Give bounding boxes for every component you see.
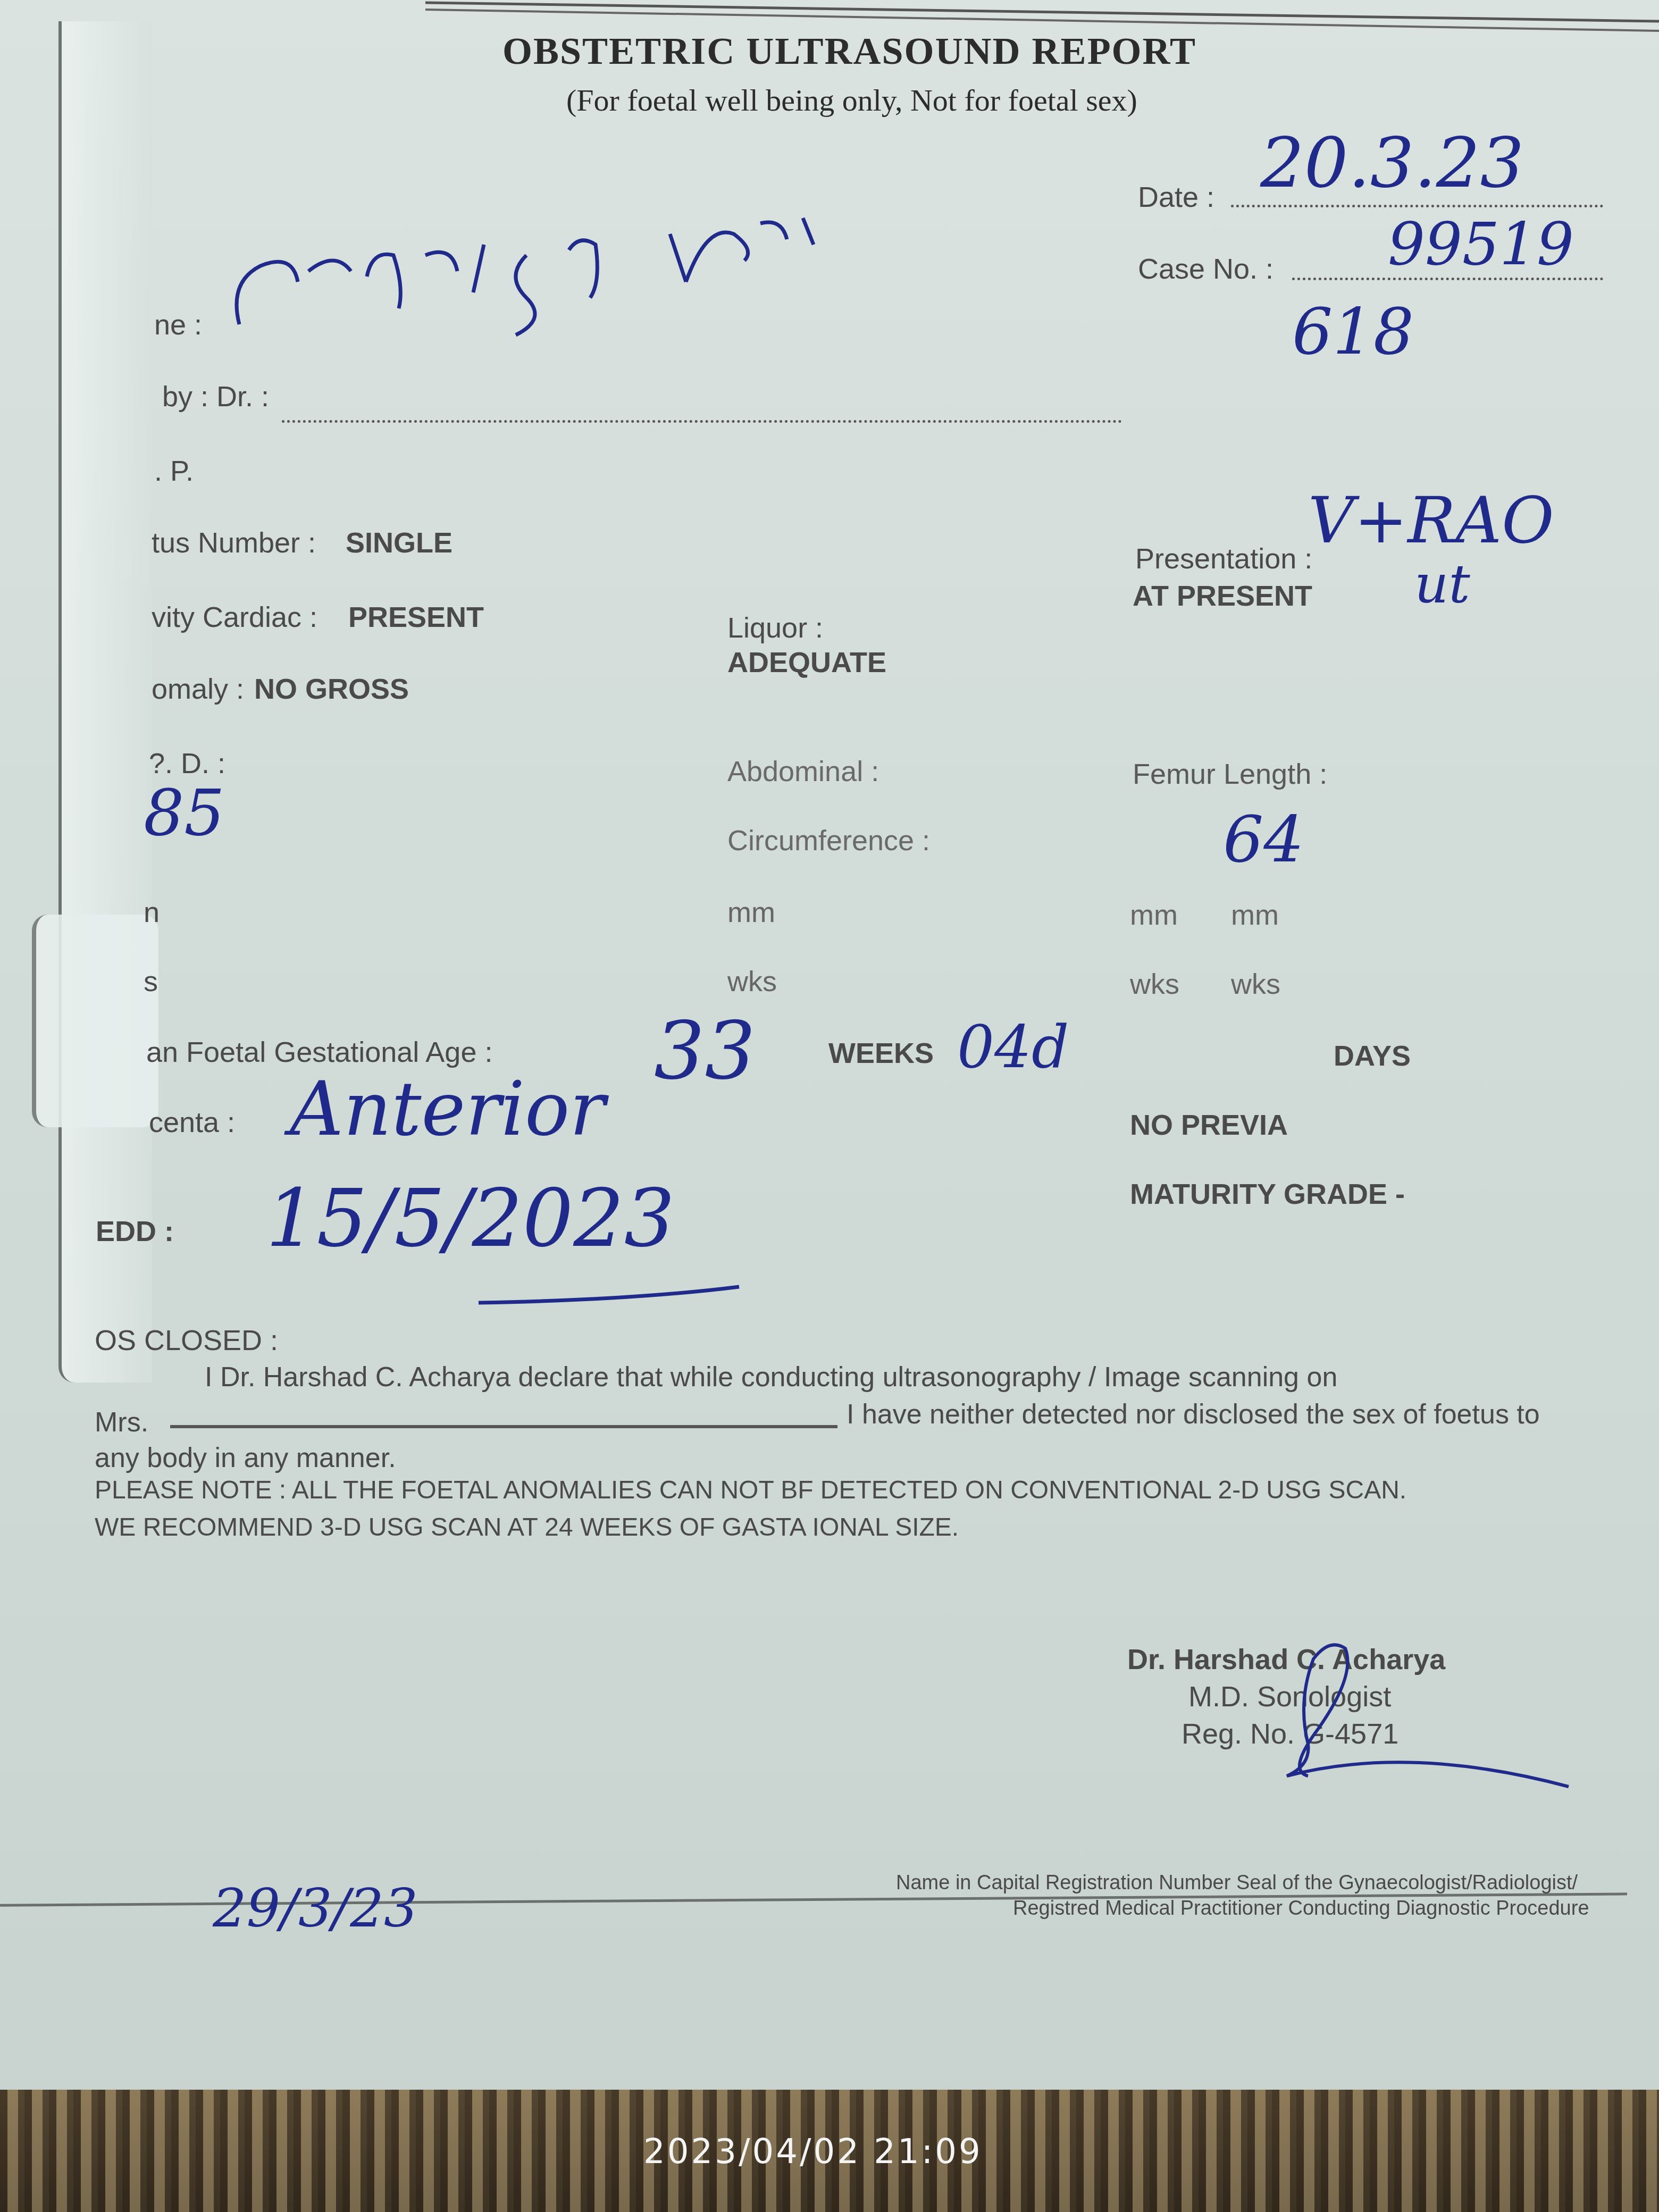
presentation-value-2: ut [1414, 553, 1470, 615]
cardiac-activity-label: vity Cardiac : [152, 601, 317, 634]
gestational-weeks-value: 33 [654, 1005, 756, 1097]
declaration-line-2: I have neither detected nor disclosed th… [847, 1398, 1540, 1430]
bpd-value: 85 [144, 776, 225, 850]
presentation-value: V+RAO [1308, 484, 1554, 558]
foetus-number-value: SINGLE [346, 526, 453, 559]
previa-status: NO PREVIA [1130, 1109, 1288, 1142]
patient-name-blank [170, 1425, 837, 1428]
os-closed-label: OS CLOSED : [95, 1324, 278, 1357]
date-dotted-line [1231, 205, 1603, 207]
case-no-extra: 618 [1292, 295, 1414, 369]
gestational-age-label: an Foetal Gestational Age : [146, 1036, 492, 1069]
footer-caption-1: Name in Capital Registration Number Seal… [896, 1872, 1578, 1895]
edd-underline [473, 1276, 755, 1313]
fl-mm-unit: mm [1130, 899, 1178, 932]
bpd-label: ?. D. : [149, 747, 225, 780]
gestational-days-value: 04d [957, 1013, 1069, 1081]
declaration-mrs: Mrs. [95, 1406, 148, 1438]
declaration-line-3: any body in any manner. [95, 1442, 396, 1474]
case-no-label: Case No. : [1138, 253, 1273, 286]
referred-by-label: by : Dr. : [162, 380, 269, 413]
photo-timestamp: 2023/04/02 21:09 [643, 2132, 983, 2172]
left-wks-unit: s [144, 965, 158, 998]
abdominal-label: Abdominal : [727, 755, 879, 788]
edd-value: 15/5/2023 [266, 1172, 675, 1265]
date-value: 20.3.23 [1260, 122, 1524, 203]
file-clip-strip [58, 21, 152, 1382]
report-title: OBSTETRIC ULTRASOUND REPORT [502, 29, 1196, 73]
extra-mm-unit: mm [1231, 899, 1279, 932]
anomaly-label: omaly : [152, 673, 244, 706]
femur-length-value: 64 [1223, 803, 1304, 877]
lmp-label: . P. [154, 455, 194, 488]
circumference-label: Circumference : [727, 824, 930, 857]
please-note: PLEASE NOTE : ALL THE FOETAL ANOMALIES C… [95, 1476, 1406, 1505]
cardiac-activity-value: PRESENT [348, 601, 484, 634]
edd-label: EDD : [96, 1215, 174, 1248]
pencil-lines [425, 0, 1659, 32]
maturity-grade: MATURITY GRADE - [1130, 1178, 1405, 1211]
liquor-value: ADEQUATE [727, 646, 886, 679]
ac-wks-unit: wks [727, 965, 777, 998]
weeks-label: WEEKS [828, 1037, 934, 1070]
declaration-line-1: I Dr. Harshad C. Acharya declare that wh… [205, 1361, 1337, 1393]
femur-length-label: Femur Length : [1133, 758, 1327, 791]
handwritten-name [229, 202, 1133, 340]
left-mm-unit: n [144, 896, 160, 929]
ac-mm-unit: mm [727, 896, 775, 929]
name-label: ne : [154, 308, 202, 341]
days-label: DAYS [1334, 1040, 1411, 1073]
footer-caption-2: Registred Medical Practitioner Conductin… [1013, 1897, 1589, 1920]
presentation-sub: AT PRESENT [1133, 580, 1312, 613]
file-clip-knob [32, 915, 158, 1127]
presentation-label: Presentation : [1135, 542, 1312, 575]
anomaly-value: NO GROSS [254, 673, 409, 706]
placenta-label: centa : [149, 1106, 235, 1139]
date-label: Date : [1138, 181, 1214, 214]
report-subtitle: (For foetal well being only, Not for foe… [566, 82, 1137, 118]
recommendation: WE RECOMMEND 3-D USG SCAN AT 24 WEEKS OF… [95, 1513, 959, 1542]
placenta-value: Anterior [290, 1066, 605, 1153]
case-no-value: 99519 [1388, 210, 1574, 278]
extra-wks-unit: wks [1231, 968, 1280, 1001]
fl-wks-unit: wks [1130, 968, 1179, 1001]
liquor-label: Liquor : [727, 611, 823, 644]
footer-date: 29/3/23 [213, 1877, 418, 1939]
doctor-signature [1250, 1638, 1579, 1797]
referred-by-dotted-line [282, 420, 1122, 423]
foetus-number-label: tus Number : [152, 526, 316, 559]
